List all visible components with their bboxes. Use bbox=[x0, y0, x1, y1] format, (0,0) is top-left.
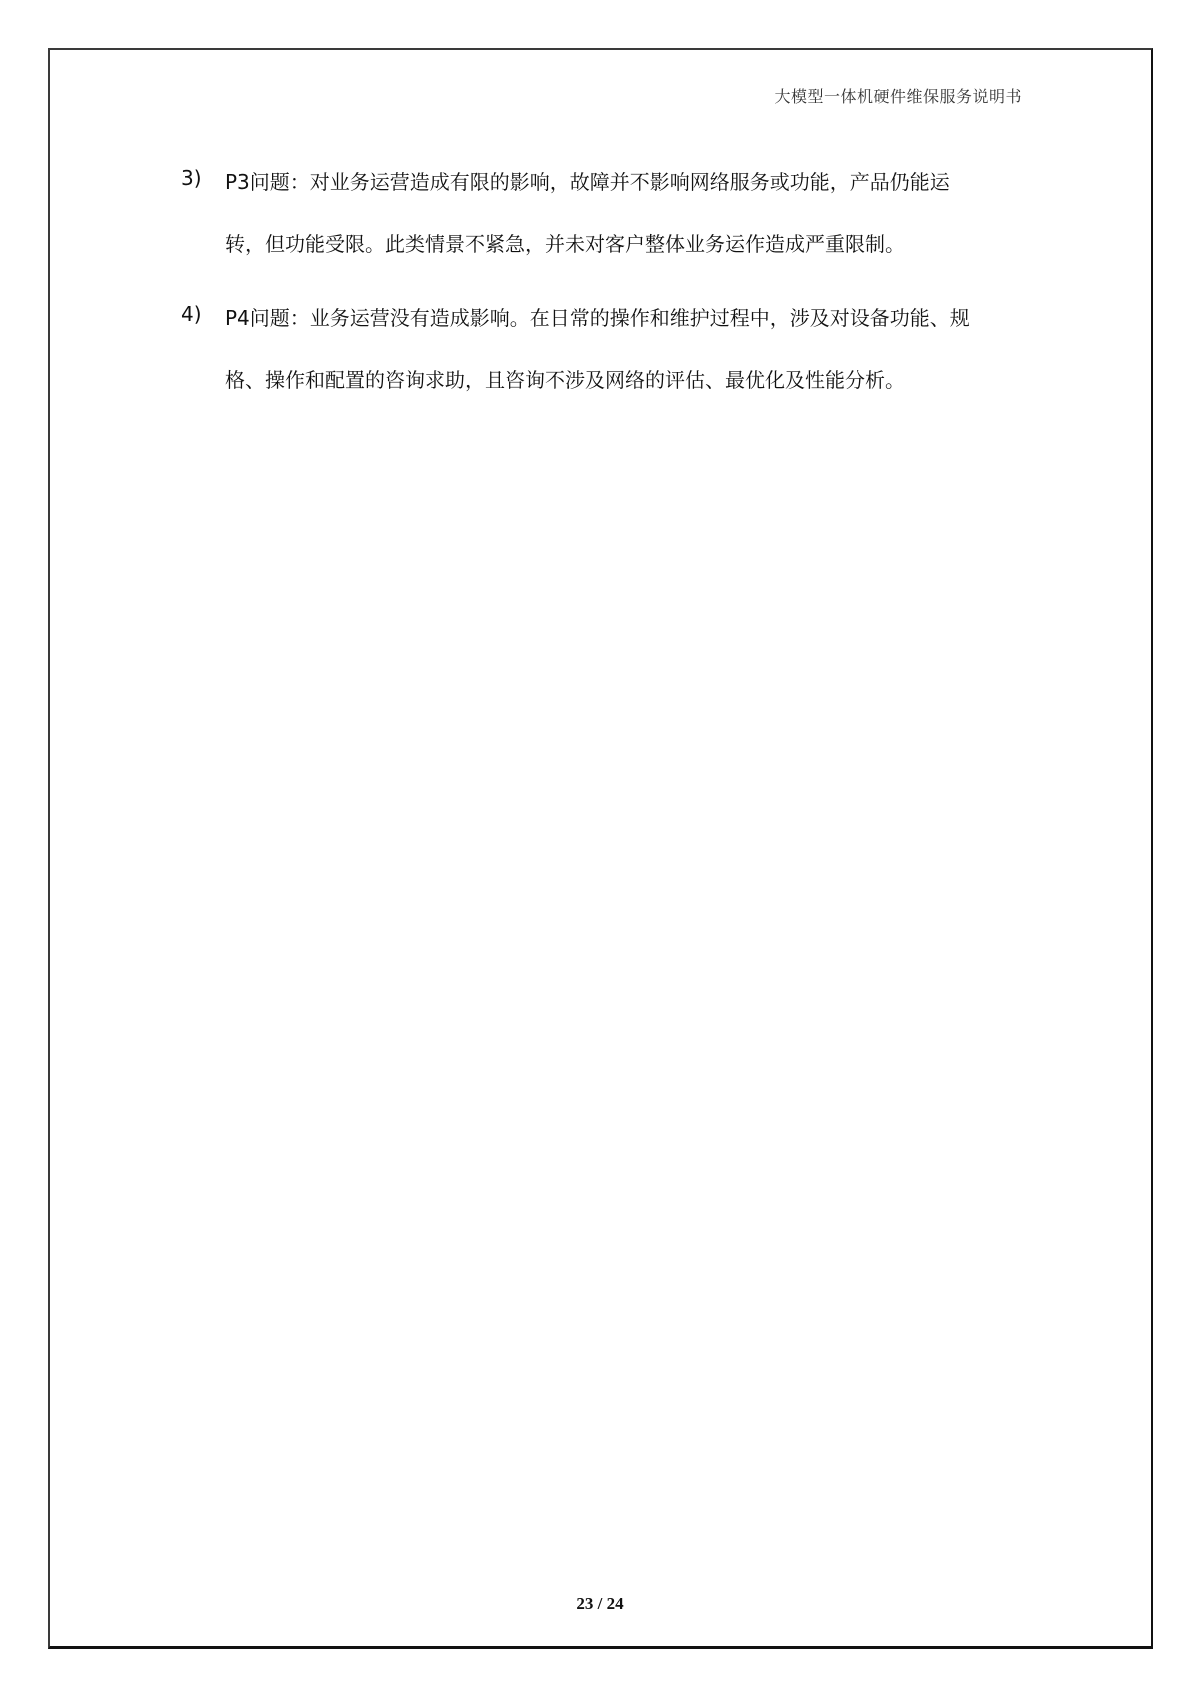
document-header-title: 大模型一体机硬件维保服务说明书 bbox=[774, 84, 1022, 107]
list-item-text-line: 格、操作和配置的咨询求助，且咨询不涉及网络的评估、最优化及性能分析。 bbox=[225, 364, 905, 393]
list-item-text-line: P3问题：对业务运营造成有限的影响，故障并不影响网络服务或功能，产品仍能运 bbox=[225, 166, 950, 195]
page-border bbox=[48, 48, 1153, 1649]
list-item-number: 4) bbox=[181, 302, 221, 326]
page-number: 23 / 24 bbox=[0, 1594, 1200, 1614]
list-item-text-line: 转，但功能受限。此类情景不紧急，并未对客户整体业务运作造成严重限制。 bbox=[225, 228, 905, 257]
list-item-text-line: P4问题：业务运营没有造成影响。在日常的操作和维护过程中，涉及对设备功能、规 bbox=[225, 302, 970, 331]
list-item-number: 3) bbox=[181, 166, 221, 190]
